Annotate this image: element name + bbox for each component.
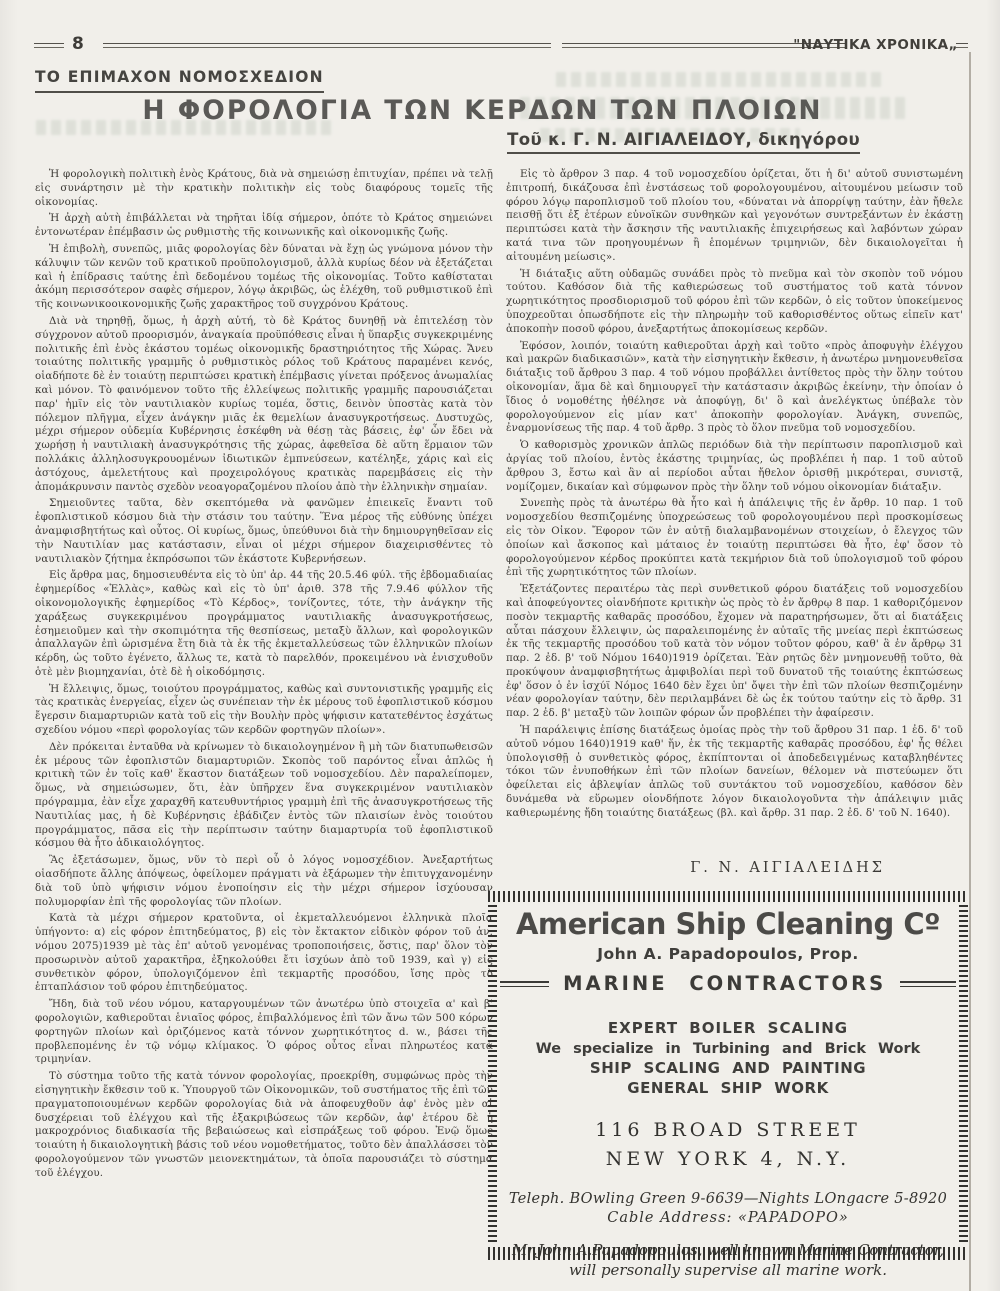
- ad-service-line: GENERAL SHIP WORK: [500, 1079, 956, 1097]
- article-paragraph: Ἂς ἐξετάσωμεν, ὅμως, νῦν τὸ περὶ οὗ ὁ λό…: [35, 854, 493, 909]
- article-paragraph: Ἐξετάζοντες περαιτέρω τὰς περὶ συνθετικο…: [506, 583, 963, 721]
- ad-banner-rule-left: [500, 981, 549, 987]
- article-column-left: Ἡ φορολογικὴ πολιτικὴ ἑνὸς Κράτους, διὰ …: [35, 168, 493, 1246]
- ad-address-city: NEW YORK 4, N.Y.: [500, 1148, 956, 1170]
- article-paragraph: Συνεπὴς πρὸς τὰ ἀνωτέρω θὰ ἦτο καὶ ἡ ἀπά…: [506, 497, 963, 580]
- ad-address-street: 116 BROAD STREET: [500, 1119, 956, 1141]
- article-paragraph: Ἐφόσον, λοιπόν, τοιαύτη καθιεροῦται ἀρχὴ…: [506, 340, 963, 437]
- article-paragraph: Εἰς ἄρθρα μας, δημοσιευθέντα εἰς τὸ ὑπ' …: [35, 569, 493, 679]
- article-column-right: Εἰς τὸ ἄρθρον 3 παρ. 4 τοῦ νομοσχεδίου ὁ…: [506, 168, 963, 860]
- ad-service-line: EXPERT BOILER SCALING: [500, 1019, 956, 1037]
- ad-banner-row: MARINE CONTRACTORS: [500, 972, 956, 995]
- ad-border-right: [959, 905, 968, 1244]
- article-kicker: ΤΟ ΕΠΙΜΑΧΟΝ ΝΟΜΟΣΧΕΔΙΟΝ: [35, 68, 324, 93]
- page-number: 8: [72, 34, 84, 54]
- ad-banner-rule-right: [900, 981, 956, 987]
- ad-note-line: will personally supervise all marine wor…: [500, 1261, 956, 1279]
- ad-proprietor: John A. Papadopoulos, Prop.: [500, 945, 956, 963]
- ad-service-line: We specialize in Turbining and Brick Wor…: [500, 1041, 956, 1057]
- ad-service-line: SHIP SCALING AND PAINTING: [500, 1059, 956, 1077]
- ad-phone-line: Teleph. BOwling Green 9-6639—Nights LOng…: [500, 1191, 956, 1207]
- article-paragraph: Διὰ νὰ τηρηθῇ, ὅμως, ἡ ἀρχὴ αὐτή, τὸ δὲ …: [35, 315, 493, 494]
- header-rule-left: [34, 43, 64, 48]
- bleedthrough-ghost: [556, 72, 886, 87]
- article-paragraph: Ἤδη, διὰ τοῦ νέου νόμου, καταργουμένων τ…: [35, 998, 493, 1067]
- ad-banner-text: MARINE CONTRACTORS: [563, 972, 886, 995]
- page-edge-line: [969, 52, 971, 1291]
- advertisement-box: American Ship Cleaning Cº John A. Papado…: [488, 891, 968, 1260]
- ad-border-left: [488, 905, 497, 1244]
- ad-content: American Ship Cleaning Cº John A. Papado…: [500, 904, 956, 1245]
- article-paragraph: Ἡ ἀρχὴ αὐτὴ ἐπιβάλλεται νὰ τηρῆται ἰδίᾳ …: [35, 212, 493, 240]
- article-paragraph: Κατὰ τὰ μέχρι σήμερον κρατοῦντα, οἱ ἐκμε…: [35, 912, 493, 995]
- ad-company-name: American Ship Cleaning Cº: [500, 907, 956, 941]
- author-signature: Γ. Ν. ΑΙΓΙΑΛΕΙΔΗΣ: [506, 860, 963, 876]
- article-paragraph: Δὲν πρόκειται ἐνταῦθα νὰ κρίνωμεν τὸ δικ…: [35, 741, 493, 851]
- article-title: Η ΦΟΡΟΛΟΓΙΑ ΤΩΝ ΚΕΡΔΩΝ ΤΩΝ ΠΛΟΙΩΝ: [35, 95, 930, 126]
- article-paragraph: Ἡ ἐπιβολὴ, συνεπῶς, μιᾶς φορολογίας δὲν …: [35, 243, 493, 312]
- ad-border-top: [488, 891, 968, 902]
- header-rule-end: [956, 43, 968, 48]
- article-paragraph: Εἰς τὸ ἄρθρον 3 παρ. 4 τοῦ νομοσχεδίου ὁ…: [506, 168, 963, 265]
- ad-cable-address: Cable Address: «PAPADOPO»: [500, 1210, 956, 1226]
- ad-note-line: Mr.John A.Papadopoulos, well known Marin…: [500, 1241, 956, 1259]
- article-paragraph: Τὸ σύστημα τοῦτο τῆς κατὰ τόννον φορολογ…: [35, 1070, 493, 1180]
- article-paragraph: Ἡ φορολογικὴ πολιτικὴ ἑνὸς Κράτους, διὰ …: [35, 168, 493, 209]
- article-paragraph: Ἡ διάταξις αὕτη οὐδαμῶς συνάδει πρὸς τὸ …: [506, 268, 963, 337]
- article-byline: Τοῦ κ. Γ. Ν. ΑΙΓΙΑΛΕΙΔΟΥ, δικηγόρου: [507, 130, 860, 154]
- masthead-title: "ΝΑΥΤΙΚΑ ΧΡΟΝΙΚΑ„: [793, 37, 958, 53]
- article-paragraph: Ὁ καθορισμὸς χρονικῶν ἁπλῶς περιόδων διὰ…: [506, 439, 963, 494]
- article-paragraph: Ἡ παράλειψις ἐπίσης διατάξεως ὁμοίας πρὸ…: [506, 724, 963, 821]
- header-rule-middle: [103, 43, 551, 48]
- article-paragraph: Ἡ ἔλλειψις, ὅμως, τοιούτου προγράμματος,…: [35, 683, 493, 738]
- magazine-page: 8 "ΝΑΥΤΙΚΑ ΧΡΟΝΙΚΑ„ ΤΟ ΕΠΙΜΑΧΟΝ ΝΟΜΟΣΧΕΔ…: [0, 0, 1000, 1291]
- article-paragraph: Σημειοῦντες ταῦτα, δὲν σκεπτόμεθα νὰ φαν…: [35, 497, 493, 566]
